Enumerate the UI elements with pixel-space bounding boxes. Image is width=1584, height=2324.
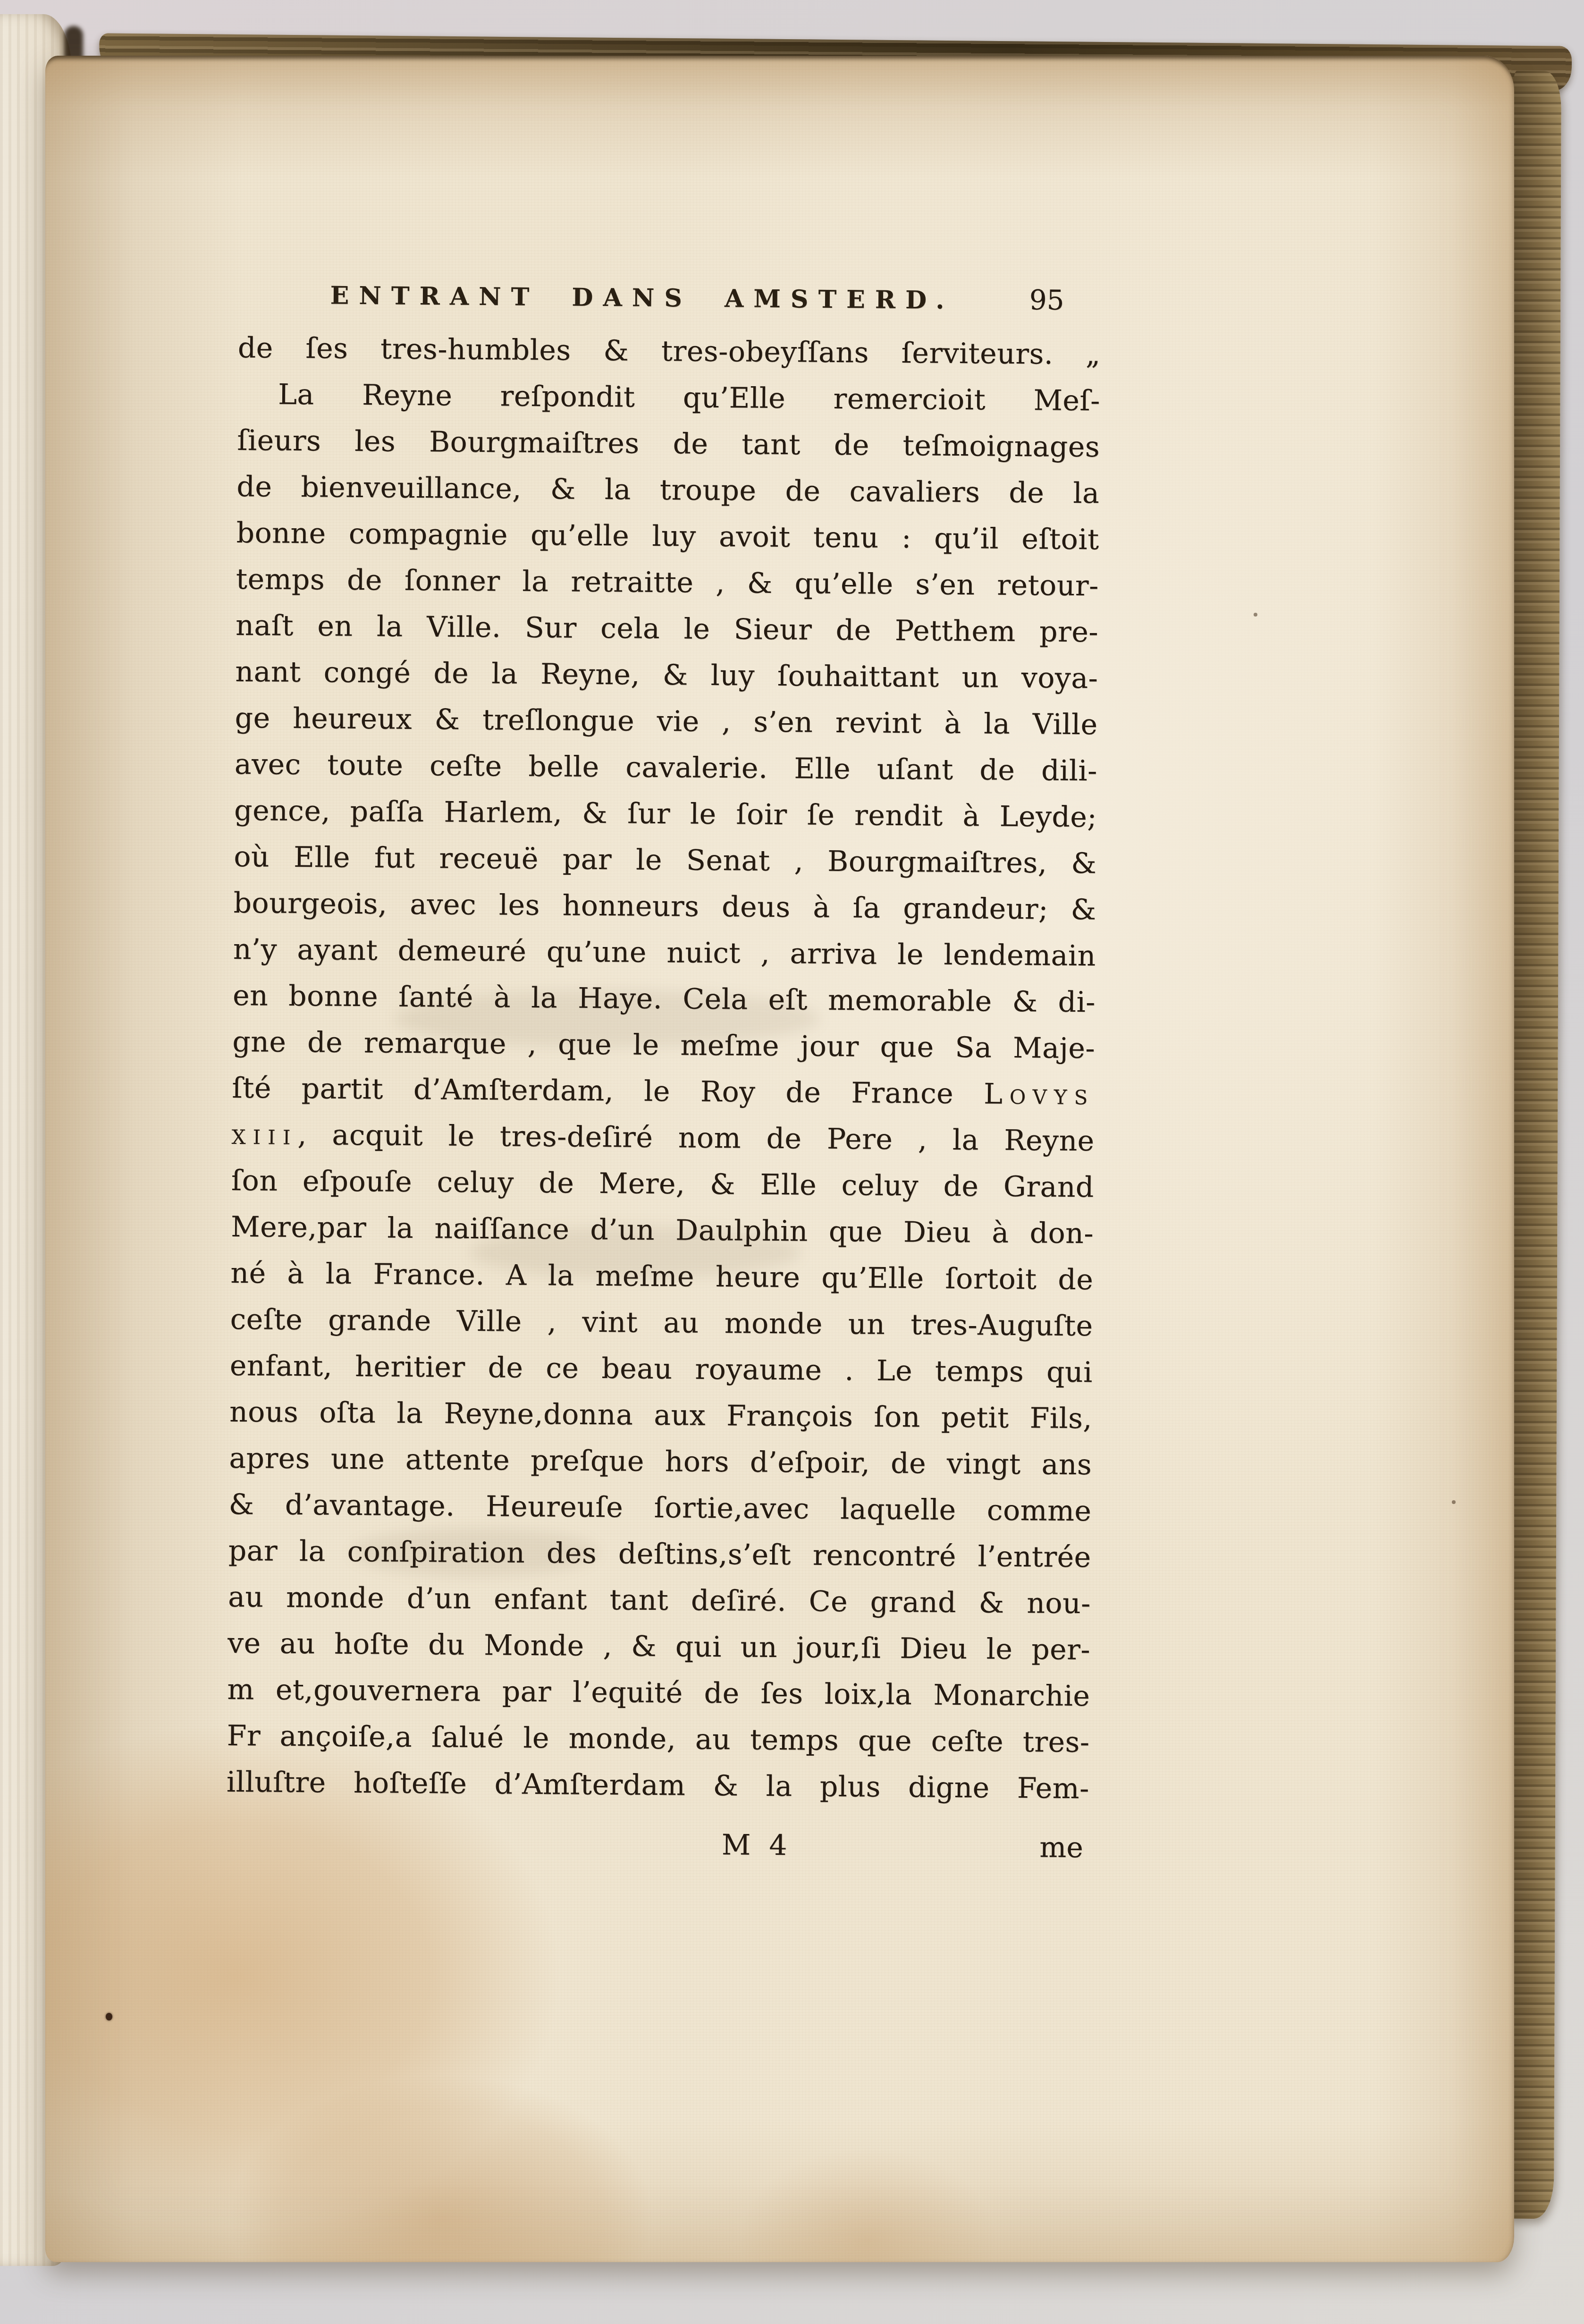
text-segment: nous oſta la Reyne,donna aux François ſo… bbox=[229, 1395, 1092, 1435]
text-line: né à la France. A la meſme heure qu’Elle… bbox=[230, 1250, 1094, 1303]
signature-row: M 4 me bbox=[226, 1818, 1089, 1870]
text-line: illuſtre hoſteſſe d’Amſterdam & la plus … bbox=[227, 1759, 1090, 1812]
text-line: bourgeois, avec les honneurs deus à ſa g… bbox=[233, 880, 1096, 933]
text-line: apres une attente preſque hors d’eſpoir,… bbox=[229, 1435, 1092, 1488]
text-segment: où Elle fut receuë par le Senat , Bourgm… bbox=[234, 840, 1096, 880]
text-line: naſt en la Ville. Sur cela le Sieur de P… bbox=[236, 602, 1099, 655]
text-line: nous oſta la Reyne,donna aux François ſo… bbox=[229, 1389, 1093, 1442]
text-line: n’y ayant demeuré qu’une nuict , arriva … bbox=[233, 926, 1096, 979]
text-line: de ſes tres-humbles & tres-obeyſſans ſer… bbox=[237, 325, 1101, 378]
text-line: Fr ançoiſe,a ſalué le monde, au temps qu… bbox=[227, 1713, 1090, 1766]
text-segment: La Reyne reſpondit qu’Elle remercioit Me… bbox=[278, 378, 1100, 418]
text-line: enfant, heritier de ce beau royaume . Le… bbox=[230, 1343, 1093, 1395]
text-line: ſon eſpouſe celuy de Mere, & Elle celuy … bbox=[231, 1158, 1095, 1210]
page-number: 95 bbox=[1029, 284, 1064, 316]
text-line: avec toute ceſte belle cavalerie. Elle u… bbox=[235, 741, 1098, 794]
catchword: me bbox=[1039, 1825, 1083, 1870]
text-segment: ceſte grande Ville , vint au monde un tr… bbox=[230, 1303, 1093, 1343]
text-segment: en bonne ſanté à la Haye. Cela eſt memor… bbox=[233, 979, 1095, 1019]
signature-mark: M 4 bbox=[722, 1822, 792, 1868]
text-line: gence, paſſa Harlem, & ſur le ſoir ſe re… bbox=[234, 787, 1097, 840]
text-segment: par la conſpiration des deſtins,s’eſt re… bbox=[228, 1534, 1091, 1574]
running-header: ENTRANT DANS AMSTERD. bbox=[330, 281, 954, 315]
text-line: xiii, acquit le tres-deſiré nom de Pere … bbox=[231, 1111, 1095, 1164]
text-segment: , acquit le tres-deſiré nom de Pere , la… bbox=[297, 1118, 1095, 1158]
paper-speck bbox=[1452, 1500, 1456, 1504]
text-segment: avec toute ceſte belle cavalerie. Elle u… bbox=[235, 748, 1097, 787]
book-photo: ENTRANT DANS AMSTERD. 95 de ſes tres-hum… bbox=[0, 0, 1584, 2324]
text-line: gne de remarque , que le meſme jour que … bbox=[232, 1019, 1095, 1072]
text-segment: naſt en la Ville. Sur cela le Sieur de P… bbox=[236, 609, 1098, 649]
text-line: ge heureux & treſlongue vie , s’en revin… bbox=[235, 695, 1098, 748]
text-segment: ſieurs les Bourgmaiſtres de tant de teſm… bbox=[237, 424, 1100, 464]
text-line: ve au hoſte du Monde , & qui un jour,ſi … bbox=[227, 1620, 1091, 1673]
text-segment: ſon eſpouſe celuy de Mere, & Elle celuy … bbox=[231, 1164, 1094, 1204]
text-segment: n’y ayant demeuré qu’une nuict , arriva … bbox=[233, 933, 1096, 972]
text-segment: & d’avantage. Heureuſe ſortie,avec laque… bbox=[228, 1488, 1091, 1528]
text-line: ſté partit d’Amſterdam, le Roy de France… bbox=[232, 1065, 1095, 1118]
text-segment: Fr ançoiſe,a ſalué le monde, au temps qu… bbox=[227, 1719, 1089, 1759]
text-segment: né à la France. A la meſme heure qu’Elle… bbox=[230, 1257, 1093, 1296]
text-line: & d’avantage. Heureuſe ſortie,avec laque… bbox=[228, 1481, 1092, 1534]
text-segment: ve au hoſte du Monde , & qui un jour,ſi … bbox=[227, 1627, 1090, 1666]
body-lines: de ſes tres-humbles & tres-obeyſſans ſer… bbox=[227, 325, 1101, 1812]
text-line: m et,gouvernera par l’equité de ſes loix… bbox=[227, 1666, 1090, 1719]
text-segment: au monde d’un enfant tant deſiré. Ce gra… bbox=[228, 1580, 1091, 1620]
text-segment: gne de remarque , que le meſme jour que … bbox=[232, 1025, 1095, 1065]
text-segment: illuſtre hoſteſſe d’Amſterdam & la plus … bbox=[227, 1766, 1089, 1805]
text-segment: Lovys bbox=[984, 1077, 1095, 1111]
text-segment: de bienveuillance, & la troupe de cavali… bbox=[236, 470, 1099, 510]
text-segment: Mere,par la naiſſance d’un Daulphin que … bbox=[231, 1210, 1094, 1250]
text-segment: bonne compagnie qu’elle luy avoit tenu :… bbox=[236, 516, 1099, 556]
text-line: La Reyne reſpondit qu’Elle remercioit Me… bbox=[237, 371, 1101, 424]
text-segment: ge heureux & treſlongue vie , s’en revin… bbox=[235, 701, 1097, 741]
text-segment: nant congé de la Reyne, & luy ſouhaittan… bbox=[235, 655, 1098, 695]
text-block: ENTRANT DANS AMSTERD. 95 de ſes tres-hum… bbox=[226, 278, 1101, 1870]
text-line: où Elle fut receuë par le Senat , Bourgm… bbox=[234, 834, 1097, 887]
text-line: Mere,par la naiſſance d’un Daulphin que … bbox=[231, 1204, 1094, 1257]
wormhole-spot bbox=[106, 2013, 112, 2020]
text-segment: enfant, heritier de ce beau royaume . Le… bbox=[230, 1349, 1093, 1389]
text-segment: xiii bbox=[231, 1118, 297, 1151]
text-segment: m et,gouvernera par l’equité de ſes loix… bbox=[227, 1673, 1090, 1713]
text-line: ceſte grande Ville , vint au monde un tr… bbox=[230, 1296, 1093, 1349]
text-line: temps de ſonner la retraitte , & qu’elle… bbox=[236, 556, 1099, 609]
text-line: par la conſpiration des deſtins,s’eſt re… bbox=[228, 1528, 1091, 1580]
text-line: nant congé de la Reyne, & luy ſouhaittan… bbox=[235, 649, 1098, 701]
text-line: de bienveuillance, & la troupe de cavali… bbox=[236, 464, 1100, 516]
text-line: en bonne ſanté à la Haye. Cela eſt memor… bbox=[233, 972, 1096, 1025]
text-segment: temps de ſonner la retraitte , & qu’elle… bbox=[236, 563, 1099, 602]
text-segment: de ſes tres-humbles & tres-obeyſſans ſer… bbox=[238, 331, 1101, 371]
header-row: ENTRANT DANS AMSTERD. 95 bbox=[238, 278, 1101, 331]
text-line: bonne compagnie qu’elle luy avoit tenu :… bbox=[236, 510, 1099, 563]
text-line: ſieurs les Bourgmaiſtres de tant de teſm… bbox=[237, 417, 1100, 470]
text-segment: ſté partit d’Amſterdam, le Roy de France bbox=[232, 1072, 984, 1111]
text-segment: bourgeois, avec les honneurs deus à ſa g… bbox=[233, 887, 1096, 926]
text-segment: gence, paſſa Harlem, & ſur le ſoir ſe re… bbox=[234, 794, 1097, 834]
text-line: au monde d’un enfant tant deſiré. Ce gra… bbox=[228, 1574, 1091, 1627]
paper-speck bbox=[1254, 613, 1257, 617]
text-segment: apres une attente preſque hors d’eſpoir,… bbox=[229, 1442, 1092, 1481]
